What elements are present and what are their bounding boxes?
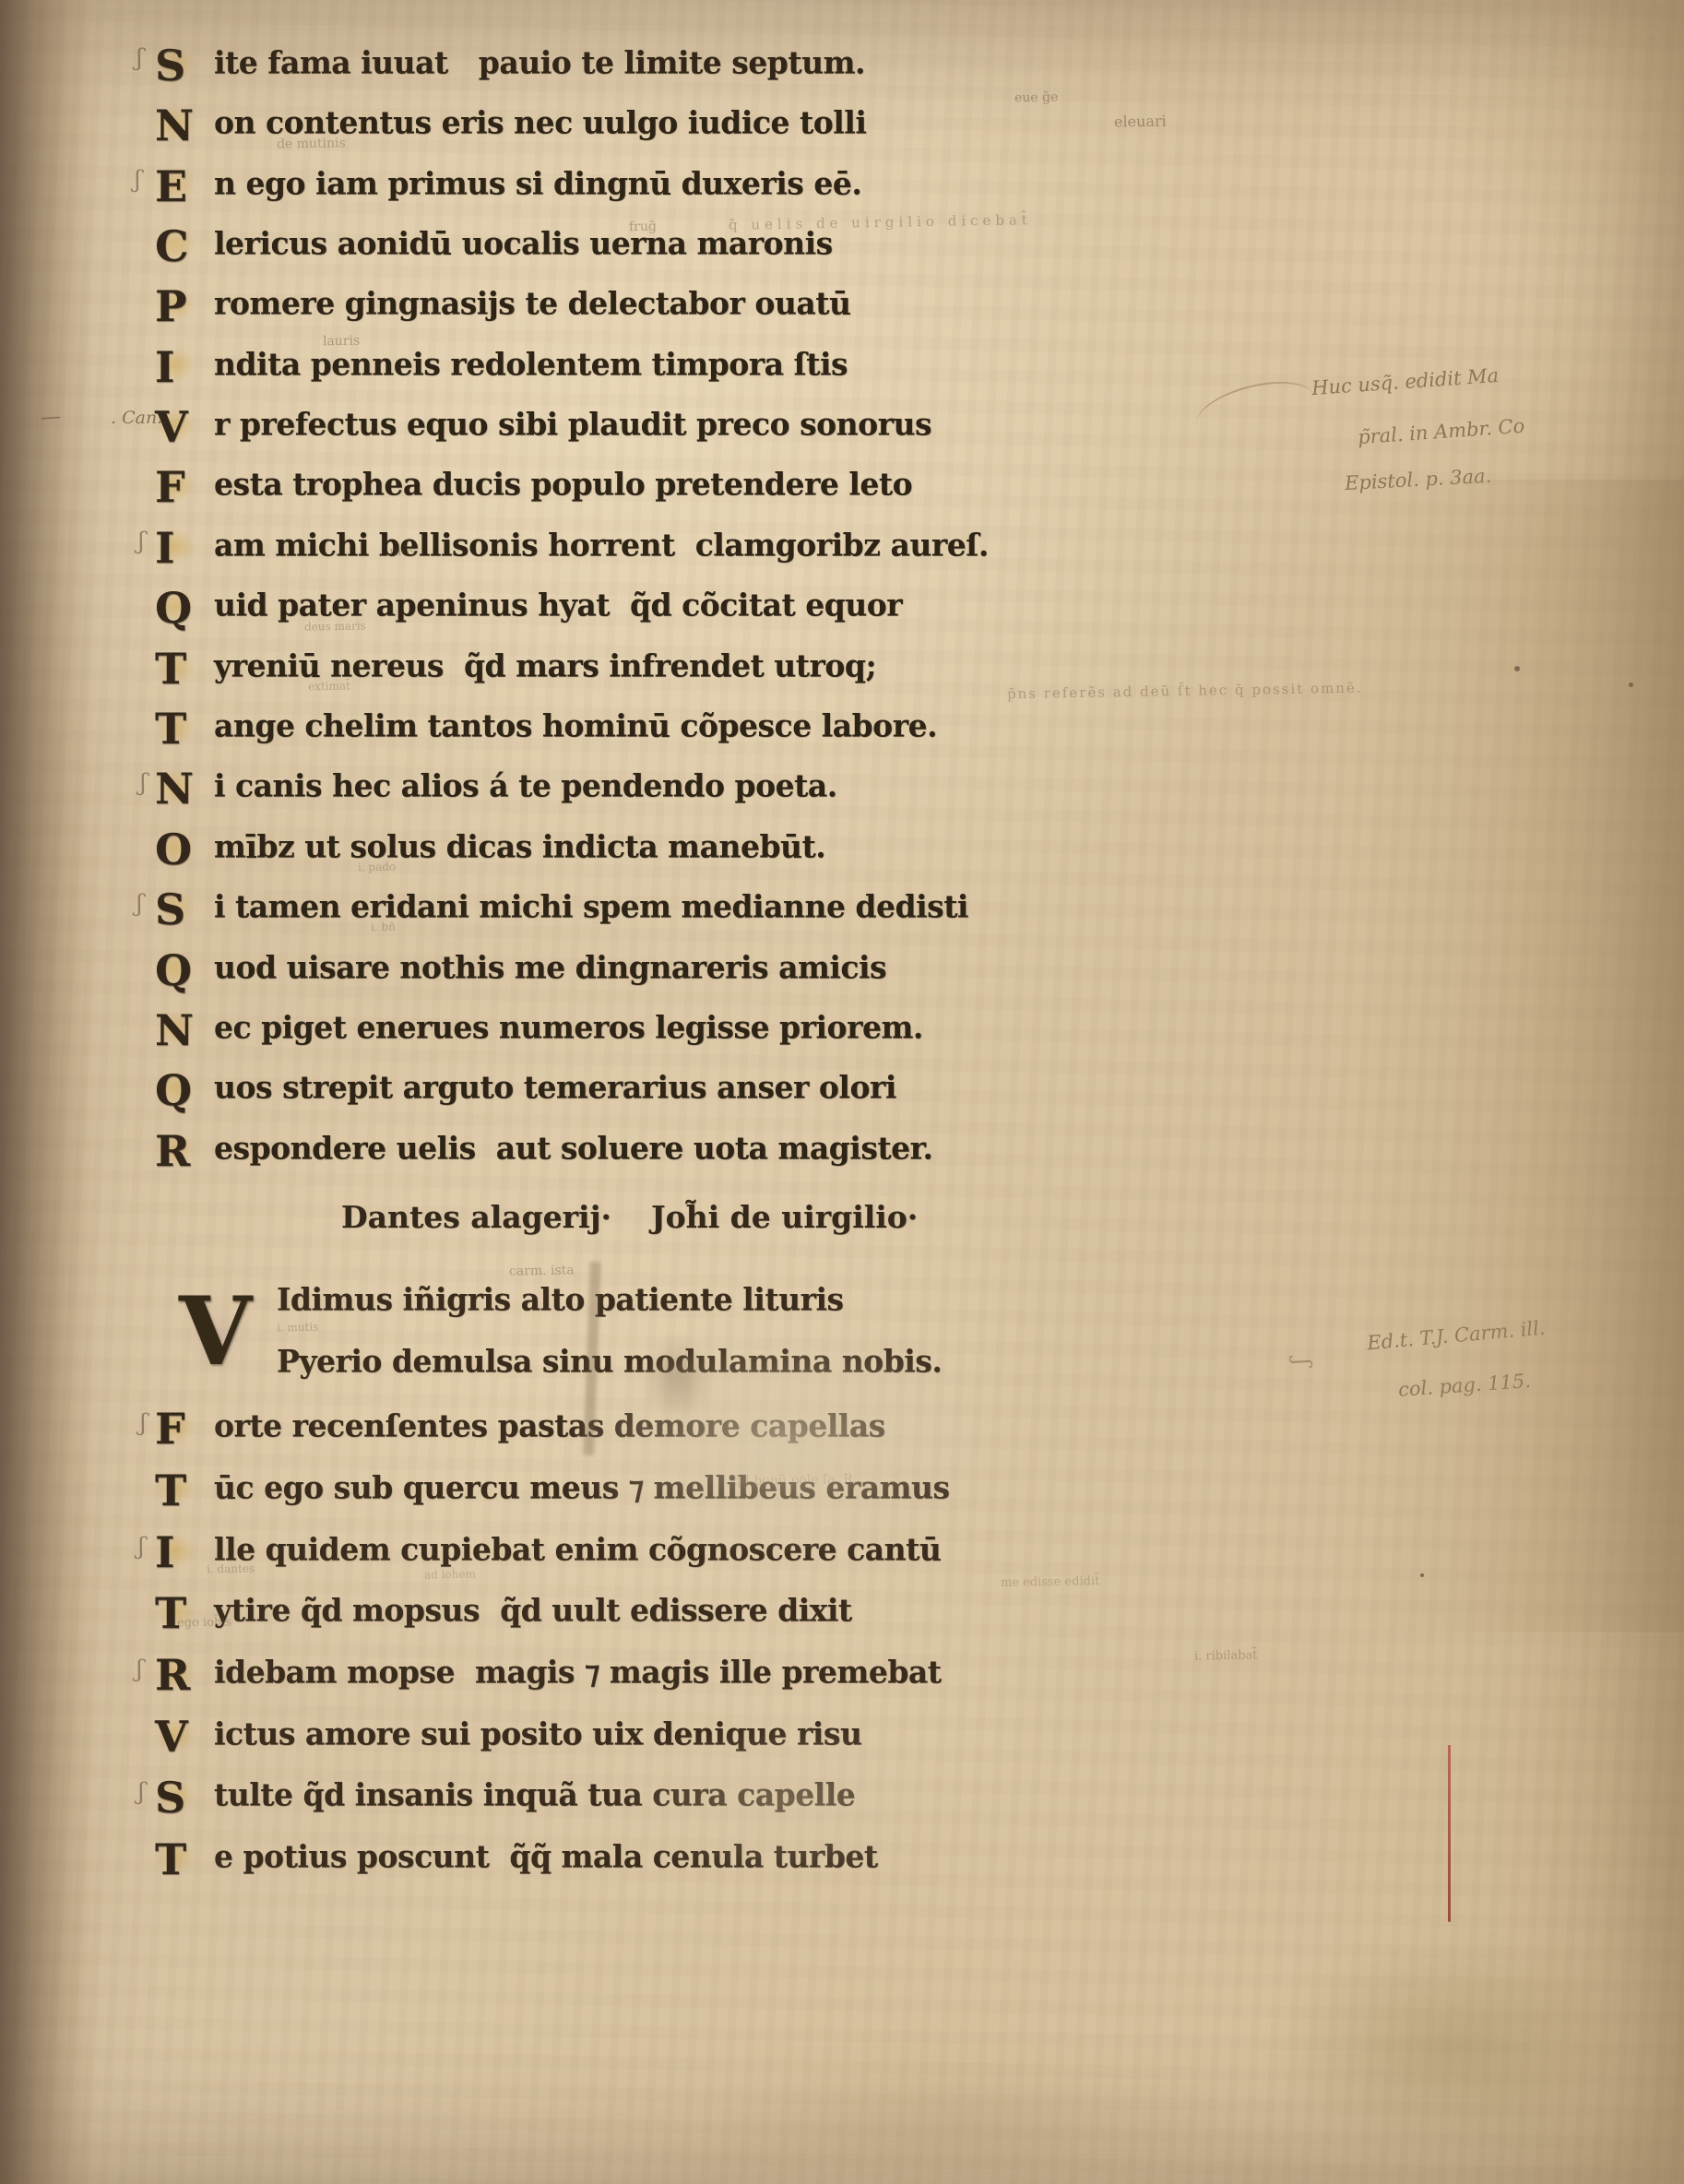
stain-overlay (1429, 0, 1684, 277)
interlinear-gloss: carm. ista (509, 1263, 575, 1278)
margin-gloss: q̃ uelis de uirgilio dicebat̃ (729, 211, 1032, 233)
manuscript-page: Site fama iuuat pauio te limite septum. … (0, 0, 1684, 2184)
verse-initial: P (155, 282, 214, 331)
verse-initial: T (155, 1835, 214, 1884)
verse-initial: Q (155, 946, 214, 995)
verse-text: ictus amore sui posito uix denique risu (214, 1715, 862, 1751)
verse-line: Vr prefectus equo sibi plaudit preco son… (155, 403, 931, 452)
interlinear-gloss: i. bñ (371, 920, 396, 933)
verse-initial: T (155, 1589, 214, 1638)
verse-initial: R (155, 1127, 214, 1176)
verse-line: Festa trophea ducis populo pretendere le… (155, 463, 912, 512)
verse-line: Tytire q̃d mopsus q̃d uult edissere dixi… (155, 1589, 852, 1638)
verse-line: Ille quidem cupiebat enim cõgnoscere can… (155, 1528, 941, 1577)
verse-line: Indita penneis redolentem timpora ſtis (155, 343, 848, 392)
interlinear-gloss: i. dantes (207, 1562, 255, 1576)
verse-line: Idimus iñigris alto patiente lituris (155, 1282, 844, 1317)
verse-line: Non contentus eris nec uulgo iudice toll… (155, 101, 866, 150)
verse-initial: S (155, 42, 214, 90)
verse-text: i canis hec alios á te pendendo poeta. (214, 767, 837, 803)
margin-note-later-hand: Ed.t. T.J. Carm. ill. (1366, 1317, 1546, 1355)
margin-gloss: p̃ns referẽs ad deũ ſ̃t hec q̃ possit om… (1007, 680, 1363, 703)
verse-initial: R (155, 1651, 214, 1700)
verse-initial: O (155, 825, 214, 874)
verse-line: Quos strepit arguto temerarius anser olo… (155, 1066, 896, 1115)
verse-line: Tange chelim tantos hominū cõpesce labor… (155, 705, 937, 754)
verse-initial: V (155, 403, 214, 452)
verse-text: lle quidem cupiebat enim cõgnoscere cant… (214, 1531, 941, 1567)
verse-text: Idimus iñigris alto patiente lituris (277, 1281, 844, 1317)
margin-gloss: eleuari (1114, 113, 1167, 131)
verse-text: tulte q̃d insanis inquã tua cura capelle (214, 1776, 855, 1812)
interlinear-gloss: frug̃ (629, 220, 657, 235)
verse-text: mībz ut solus dicas indicta manebūt. (214, 828, 825, 864)
verse-line: Promere gingnasijs te delectabor ouatū (155, 282, 850, 331)
verse-text: ndita penneis redolentem timpora ſtis (214, 346, 848, 382)
verse-initial: N (155, 101, 214, 150)
verse-initial: T (155, 1466, 214, 1515)
margin-dash-mark: — (40, 405, 62, 429)
verse-text: Pyerio demulsa sinu modulamina nobis. (277, 1343, 942, 1379)
verse-line: Stulte q̃d insanis inquã tua cura capell… (155, 1774, 855, 1822)
red-ink-line (1448, 1745, 1451, 1922)
paraph-mark: ʃ (135, 890, 145, 919)
interlinear-gloss: extimat̃ (308, 680, 350, 694)
verse-initial: I (155, 1528, 214, 1577)
paraph-mark: ʃ (138, 769, 148, 798)
paraph-mark: ʃ (138, 1409, 148, 1438)
paraph-mark: ʃ (135, 44, 145, 73)
verse-text: on contentus eris nec uulgo iudice tolli (214, 104, 866, 140)
paraph-mark: ʃ (133, 166, 143, 195)
verse-line: Nec piget enerues numeros legisse priore… (155, 1006, 923, 1055)
verse-text: orte recenſentes pastas demore capellas (214, 1407, 885, 1443)
verse-initial: T (155, 645, 214, 694)
verse-line: Quod uisare nothis me dingnareris amicis (155, 946, 886, 995)
verse-text: ytire q̃d mopsus q̃d uult edissere dixit (214, 1592, 852, 1628)
corner-shadow (0, 0, 48, 120)
verse-text: uid pater apeninus hyat q̃d cõcitat equo… (214, 587, 902, 623)
ink-dot (1629, 682, 1633, 687)
verse-text: ange chelim tantos hominū cõpesce labore… (214, 707, 937, 743)
paraph-mark: ʃ (136, 1533, 147, 1561)
verse-line: En ego iam primus si dingnū duxeris eē. (155, 162, 861, 211)
heading-author-dante: Dantes alagerij· (341, 1199, 611, 1235)
interlinear-gloss: q̃d bonũ pole ſa. R. (733, 1472, 858, 1489)
interlinear-gloss: i. mutis (277, 1321, 319, 1335)
verse-text: espondere uelis aut soluere uota magiste… (214, 1130, 933, 1166)
verse-text: am michi bellisonis horrent clamgoribz a… (214, 527, 989, 563)
verse-line: Tyreniū nereus q̃d mars infrendet utroq; (155, 645, 876, 694)
verse-text: romere gingnasijs te delectabor ouatū (214, 285, 850, 321)
ink-dot (1514, 666, 1520, 671)
verse-text: i tamen eridani michi spem medianne dedi… (214, 888, 968, 924)
verse-text: e potius poscunt q̃q̃ mala cenula turbet (214, 1838, 878, 1874)
interlinear-gloss: deus maris (304, 619, 366, 633)
margin-gloss: me edisse edidit̃ (1001, 1574, 1100, 1590)
interlinear-gloss: mõs (389, 544, 416, 560)
verse-line: Ridebam mopse magis ⁊ magis ille premeba… (155, 1651, 942, 1700)
verse-line: Iam michi bellisonis horrent clamgoribz … (155, 524, 989, 573)
stain-overlay (1356, 480, 1684, 1632)
verse-text: ite fama iuuat pauio te limite septum. (214, 44, 865, 80)
verse-initial: F (155, 463, 214, 512)
verse-line: Omībz ut solus dicas indicta manebūt. (155, 825, 825, 874)
verse-line: Te potius poscunt q̃q̃ mala cenula turbe… (155, 1835, 878, 1884)
verse-text: n ego iam primus si dingnū duxeris eē. (214, 165, 861, 201)
verse-initial: I (155, 343, 214, 392)
verse-line: Site fama iuuat pauio te limite septum. (155, 42, 865, 90)
gutter-shadow (0, 0, 92, 2184)
verse-text: uos strepit arguto temerarius anser olor… (214, 1069, 896, 1105)
verse-line: Ni canis hec alios á te pendendo poeta. (155, 765, 837, 813)
paraph-mark: ʃ (136, 528, 147, 556)
verse-initial: N (155, 765, 214, 813)
verse-initial: S (155, 885, 214, 934)
verse-initial: C (155, 222, 214, 271)
verse-text: ec piget enerues numeros legisse priorem… (214, 1009, 923, 1045)
margin-gloss: ego ioh̃is (177, 1615, 231, 1630)
interlinear-gloss: lauris (323, 334, 360, 350)
margin-can-label: . Can. (111, 408, 162, 428)
verse-initial: I (155, 524, 214, 573)
margin-note-later-hand: col. pag. 115. (1397, 1370, 1531, 1401)
verse-line: Si tamen eridani michi spem medianne ded… (155, 885, 968, 934)
verse-initial: T (155, 705, 214, 754)
verse-initial: F (155, 1405, 214, 1454)
margin-note-later-hand: p̃ral. in Ambr. Co (1357, 415, 1525, 449)
verse-line: Forte recenſentes pastas demore capellas (155, 1405, 885, 1454)
verse-initial: Q (155, 1066, 214, 1115)
verse-text: uod uisare nothis me dingnareris amicis (214, 949, 886, 985)
ink-dot (1420, 1573, 1424, 1577)
paraph-mark: ʃ (136, 1778, 147, 1807)
verse-initial: V (155, 1713, 214, 1762)
margin-gloss: i. ribilabat̃ (1194, 1648, 1258, 1663)
verse-initial: E (155, 162, 214, 211)
verse-text: r prefectus equo sibi plaudit preco sono… (214, 406, 931, 442)
verse-text: yreniū nereus q̃d mars infrendet utroq; (214, 647, 876, 683)
verse-line: Victus amore sui posito uix denique risu (155, 1713, 862, 1762)
stain-overlay (1227, 1909, 1684, 2184)
verse-line: Quid pater apeninus hyat q̃d cõcitat equ… (155, 584, 902, 633)
verse-initial: S (155, 1774, 214, 1822)
verse-initial: Q (155, 584, 214, 633)
interlinear-gloss: ad ioh̃em (424, 1568, 476, 1582)
paraph-mark: ʃ (135, 1656, 145, 1684)
margin-squiggle-mark: ʃ (1287, 1358, 1316, 1367)
verse-line: Pyerio demulsa sinu modulamina nobis. (155, 1344, 942, 1379)
stain-overlay (646, 2057, 1291, 2184)
interlinear-gloss: i. pado (358, 861, 396, 874)
interlinear-gloss: de mutinis (277, 136, 346, 151)
note-flourish-line (1191, 371, 1315, 425)
verse-line: Respondere uelis aut soluere uota magist… (155, 1127, 933, 1176)
verse-text: idebam mopse magis ⁊ magis ille premebat (214, 1654, 942, 1690)
verse-initial: N (155, 1006, 214, 1055)
verse-text: esta trophea ducis populo pretendere let… (214, 466, 912, 502)
margin-note-later-hand: Epistol. p. 3aa. (1344, 465, 1491, 494)
interlinear-gloss: eue g̃e (1014, 90, 1059, 106)
heading-addressee-giovanni: Joh̃i de uirgilio· (651, 1199, 918, 1235)
margin-note-later-hand: Huc usq̃. edidit Ma (1310, 364, 1499, 399)
